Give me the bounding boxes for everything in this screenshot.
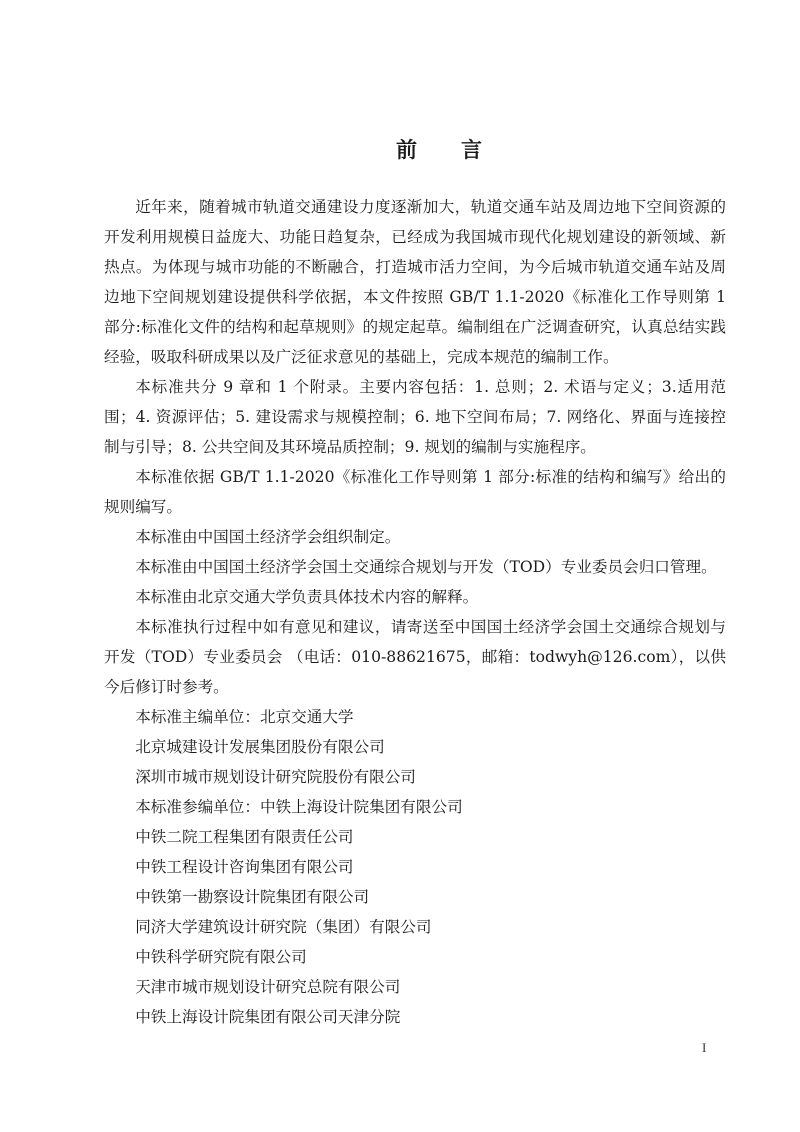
participating-editor-line: 中铁二院工程集团有限责任公司 <box>104 822 726 852</box>
paragraph-management: 本标准由中国国土经济学会国土交通综合规划与开发（TOD）专业委员会归口管理。 <box>104 552 726 582</box>
participating-editor-line: 中铁第一勘察设计院集团有限公司 <box>104 882 726 912</box>
participating-editor-line: 本标准参编单位：中铁上海设计院集团有限公司 <box>104 792 726 822</box>
chief-editor-line: 北京城建设计发展集团股份有限公司 <box>104 732 726 762</box>
paragraph-contents: 本标准共分 9 章和 1 个附录。主要内容包括：1. 总则；2. 术语与定义；3… <box>104 372 726 462</box>
participating-editor-line: 中铁科学研究院有限公司 <box>104 942 726 972</box>
participating-editor-line: 天津市城市规划设计研究总院有限公司 <box>104 972 726 1002</box>
document-page: 前言 近年来，随着城市轨道交通建设力度逐渐加大，轨道交通车站及周边地下空间资源的… <box>0 0 800 1132</box>
title-char-1: 前 <box>396 134 417 164</box>
paragraph-basis: 本标准依据 GB/T 1.1-2020《标准化工作导则第 1 部分:标准的结构和… <box>104 462 726 522</box>
paragraph-interpretation: 本标准由北京交通大学负责具体技术内容的解释。 <box>104 582 726 612</box>
paragraph-background: 近年来，随着城市轨道交通建设力度逐渐加大，轨道交通车站及周边地下空间资源的开发利… <box>104 192 726 372</box>
chief-editor-line: 深圳市城市规划设计研究院股份有限公司 <box>104 762 726 792</box>
paragraph-feedback: 本标准执行过程中如有意见和建议，请寄送至中国国土经济学会国土交通综合规划与开发（… <box>104 612 726 702</box>
chief-editor-line: 本标准主编单位：北京交通大学 <box>104 702 726 732</box>
participating-editor-line: 中铁工程设计咨询集团有限公司 <box>104 852 726 882</box>
title-char-2: 言 <box>461 134 482 164</box>
participating-editor-line: 同济大学建筑设计研究院（集团）有限公司 <box>104 912 726 942</box>
participating-editor-line: 中铁上海设计院集团有限公司天津分院 <box>104 1002 726 1032</box>
document-body: 近年来，随着城市轨道交通建设力度逐渐加大，轨道交通车站及周边地下空间资源的开发利… <box>104 192 726 1032</box>
paragraph-organizer: 本标准由中国国土经济学会组织制定。 <box>104 522 726 552</box>
page-title: 前言 <box>0 134 800 164</box>
page-number: I <box>702 1040 706 1056</box>
